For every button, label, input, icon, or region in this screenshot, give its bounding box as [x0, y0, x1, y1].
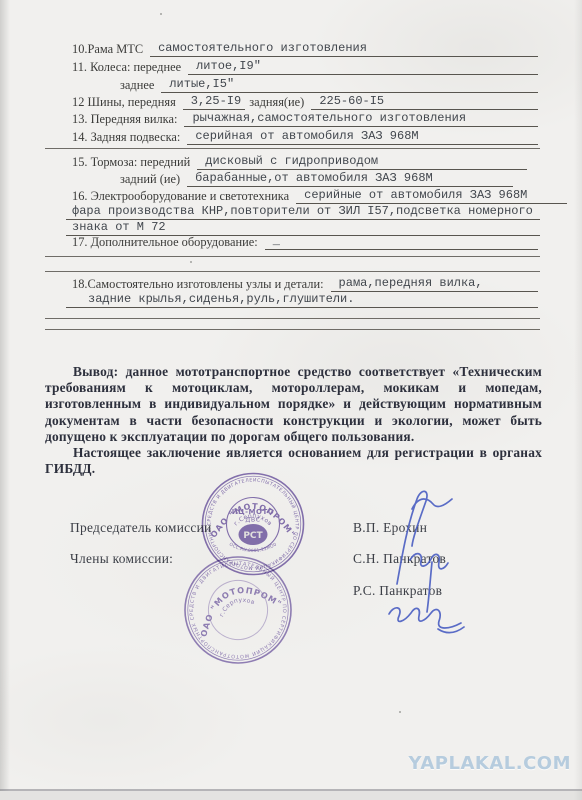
row-label: заднее — [120, 77, 161, 93]
row-value: серийные от автомобиля ЗАЗ 968М — [296, 187, 567, 204]
conclusion-paragraph-1: Вывод: данное мототранспортное средство … — [45, 364, 542, 445]
row-label: 10.Рама МТС — [72, 41, 150, 57]
form-row-16: 16. Электрооборудование и светотехника с… — [72, 188, 567, 204]
rule-line — [45, 329, 540, 330]
row-label: 11. Колеса: переднее — [72, 59, 188, 75]
rule-line — [45, 271, 540, 272]
stamp-org-text: ОАО "МОТОПРОМ" — [186, 570, 286, 641]
row-value: _ — [265, 233, 538, 250]
watermark-text: YAPLAKAL.COM — [409, 753, 571, 774]
row-value: серийная от автомобиля ЗАЗ 968М — [187, 128, 538, 145]
row-value: литое,I9" — [188, 58, 538, 75]
page-bottom-strip — [0, 791, 582, 800]
rst-logo-text: РСТ — [243, 531, 263, 541]
row-label: 17. Дополнительное оборудование: — [72, 234, 265, 250]
row-value: задние крылья,сиденья,руль,глушители. — [66, 291, 538, 308]
row-value: самостоятельного изготовления — [150, 40, 538, 57]
row-value: барабанные,от автомобиля ЗАЗ 968М — [187, 170, 513, 187]
svg-text:г.Серпухов: г.Серпухов — [214, 591, 257, 620]
signature-path-chairman — [397, 491, 427, 584]
scan-speck — [399, 711, 401, 713]
svg-text:г.Серпухов: г.Серпухов — [233, 512, 274, 527]
row-value: рычажная,самостоятельного изготовления — [184, 110, 538, 127]
stamp-center-line2: ДВС — [245, 517, 260, 524]
form-row-15-front: 15. Тормоза: передний дисковый с гидропр… — [72, 154, 527, 170]
form-row-17: 17. Дополнительное оборудование: _ — [72, 234, 538, 250]
rst-logo — [239, 524, 268, 545]
rule-line — [45, 148, 540, 149]
document-page: 10.Рама МТС самостоятельного изготовлени… — [0, 0, 582, 800]
row-label: 12 Шины, передняя — [72, 94, 183, 110]
row-label: задняя(ие) — [245, 94, 311, 110]
row-value: 225-60-I5 — [311, 93, 538, 110]
form-row-13: 13. Передняя вилка: рычажная,самостоятел… — [72, 111, 538, 127]
stamp-city-text: г.Серпухов — [214, 591, 257, 620]
scan-speck — [160, 13, 162, 15]
stamp-inner-ring — [227, 498, 280, 551]
row-value: рама,передняя вилка, — [331, 275, 538, 292]
stamp-outer-ring-2 — [173, 545, 304, 676]
signature-path-member2 — [389, 608, 461, 628]
row-label: 13. Передняя вилка: — [72, 111, 184, 127]
form-row-15-rear: задний (ие) барабанные,от автомобиля ЗАЗ… — [72, 171, 513, 187]
form-row-11-front: 11. Колеса: переднее литое,I9" — [72, 59, 538, 75]
form-row-11-rear: заднее литые,I5" — [72, 77, 538, 93]
row-value: дисковый с гидроприводом — [197, 153, 527, 170]
stamp-outer-ring — [169, 541, 307, 679]
row-label: задний (ие) — [120, 171, 187, 187]
conclusion-paragraph-2: Настоящее заключение является основанием… — [45, 445, 542, 477]
rule-line — [45, 318, 540, 319]
row-label: 16. Электрооборудование и светотехника — [72, 188, 296, 204]
signature-path-chairman-flourish — [412, 499, 452, 509]
chairman-label: Председатель комиссии — [70, 520, 212, 536]
signature-name-3: Р.С. Панкратов — [353, 583, 442, 599]
stamp-city-text: г.Серпухов — [233, 512, 274, 527]
svg-text:ОАО "МОТОПРОМ": ОАО "МОТОПРОМ" — [209, 502, 297, 540]
form-row-10: 10.Рама МТС самостоятельного изготовлени… — [72, 41, 538, 57]
row-value: 3,25-I9 — [183, 93, 245, 110]
row-value: фара производства КНР,повторители от ЗИЛ… — [66, 203, 540, 220]
svg-text:ОАО "МОТОПРОМ": ОАО "МОТОПРОМ" — [186, 570, 286, 641]
rule-line — [45, 256, 540, 257]
scan-speck — [190, 261, 192, 263]
form-row-16-cont: фара производства КНР,повторители от ЗИЛ… — [66, 204, 540, 220]
members-label: Члены комиссии: — [70, 551, 173, 567]
row-label: 14. Задняя подвеска: — [72, 129, 187, 145]
signature-path-member2-tail — [438, 627, 464, 633]
form-row-18-cont: задние крылья,сиденья,руль,глушители. — [66, 292, 538, 308]
stamp-inner-ring — [200, 572, 277, 649]
row-label: 15. Тормоза: передний — [72, 154, 197, 170]
stamp-org-text: ОАО "МОТОПРОМ" — [209, 502, 297, 540]
row-value: литые,I5" — [161, 76, 538, 93]
form-row-14: 14. Задняя подвеска: серийная от автомоб… — [72, 129, 538, 145]
row-label: 18.Самостоятельно изготовлены узлы и дет… — [66, 276, 331, 292]
stamp-outer-ring-2 — [205, 476, 301, 572]
form-row-18: 18.Самостоятельно изготовлены узлы и дет… — [66, 276, 538, 292]
signature-name-2: С.Н. Панкратов — [353, 551, 446, 567]
stamp-outer-ring — [203, 474, 304, 575]
conclusion-section: Вывод: данное мототранспортное средство … — [45, 364, 542, 477]
form-row-12: 12 Шины, передняя 3,25-I9 задняя(ие) 225… — [72, 94, 538, 110]
signature-name-1: В.П. Ерохин — [353, 520, 427, 536]
stamp-center-line1: ИЦ-МОТО — [232, 508, 274, 516]
